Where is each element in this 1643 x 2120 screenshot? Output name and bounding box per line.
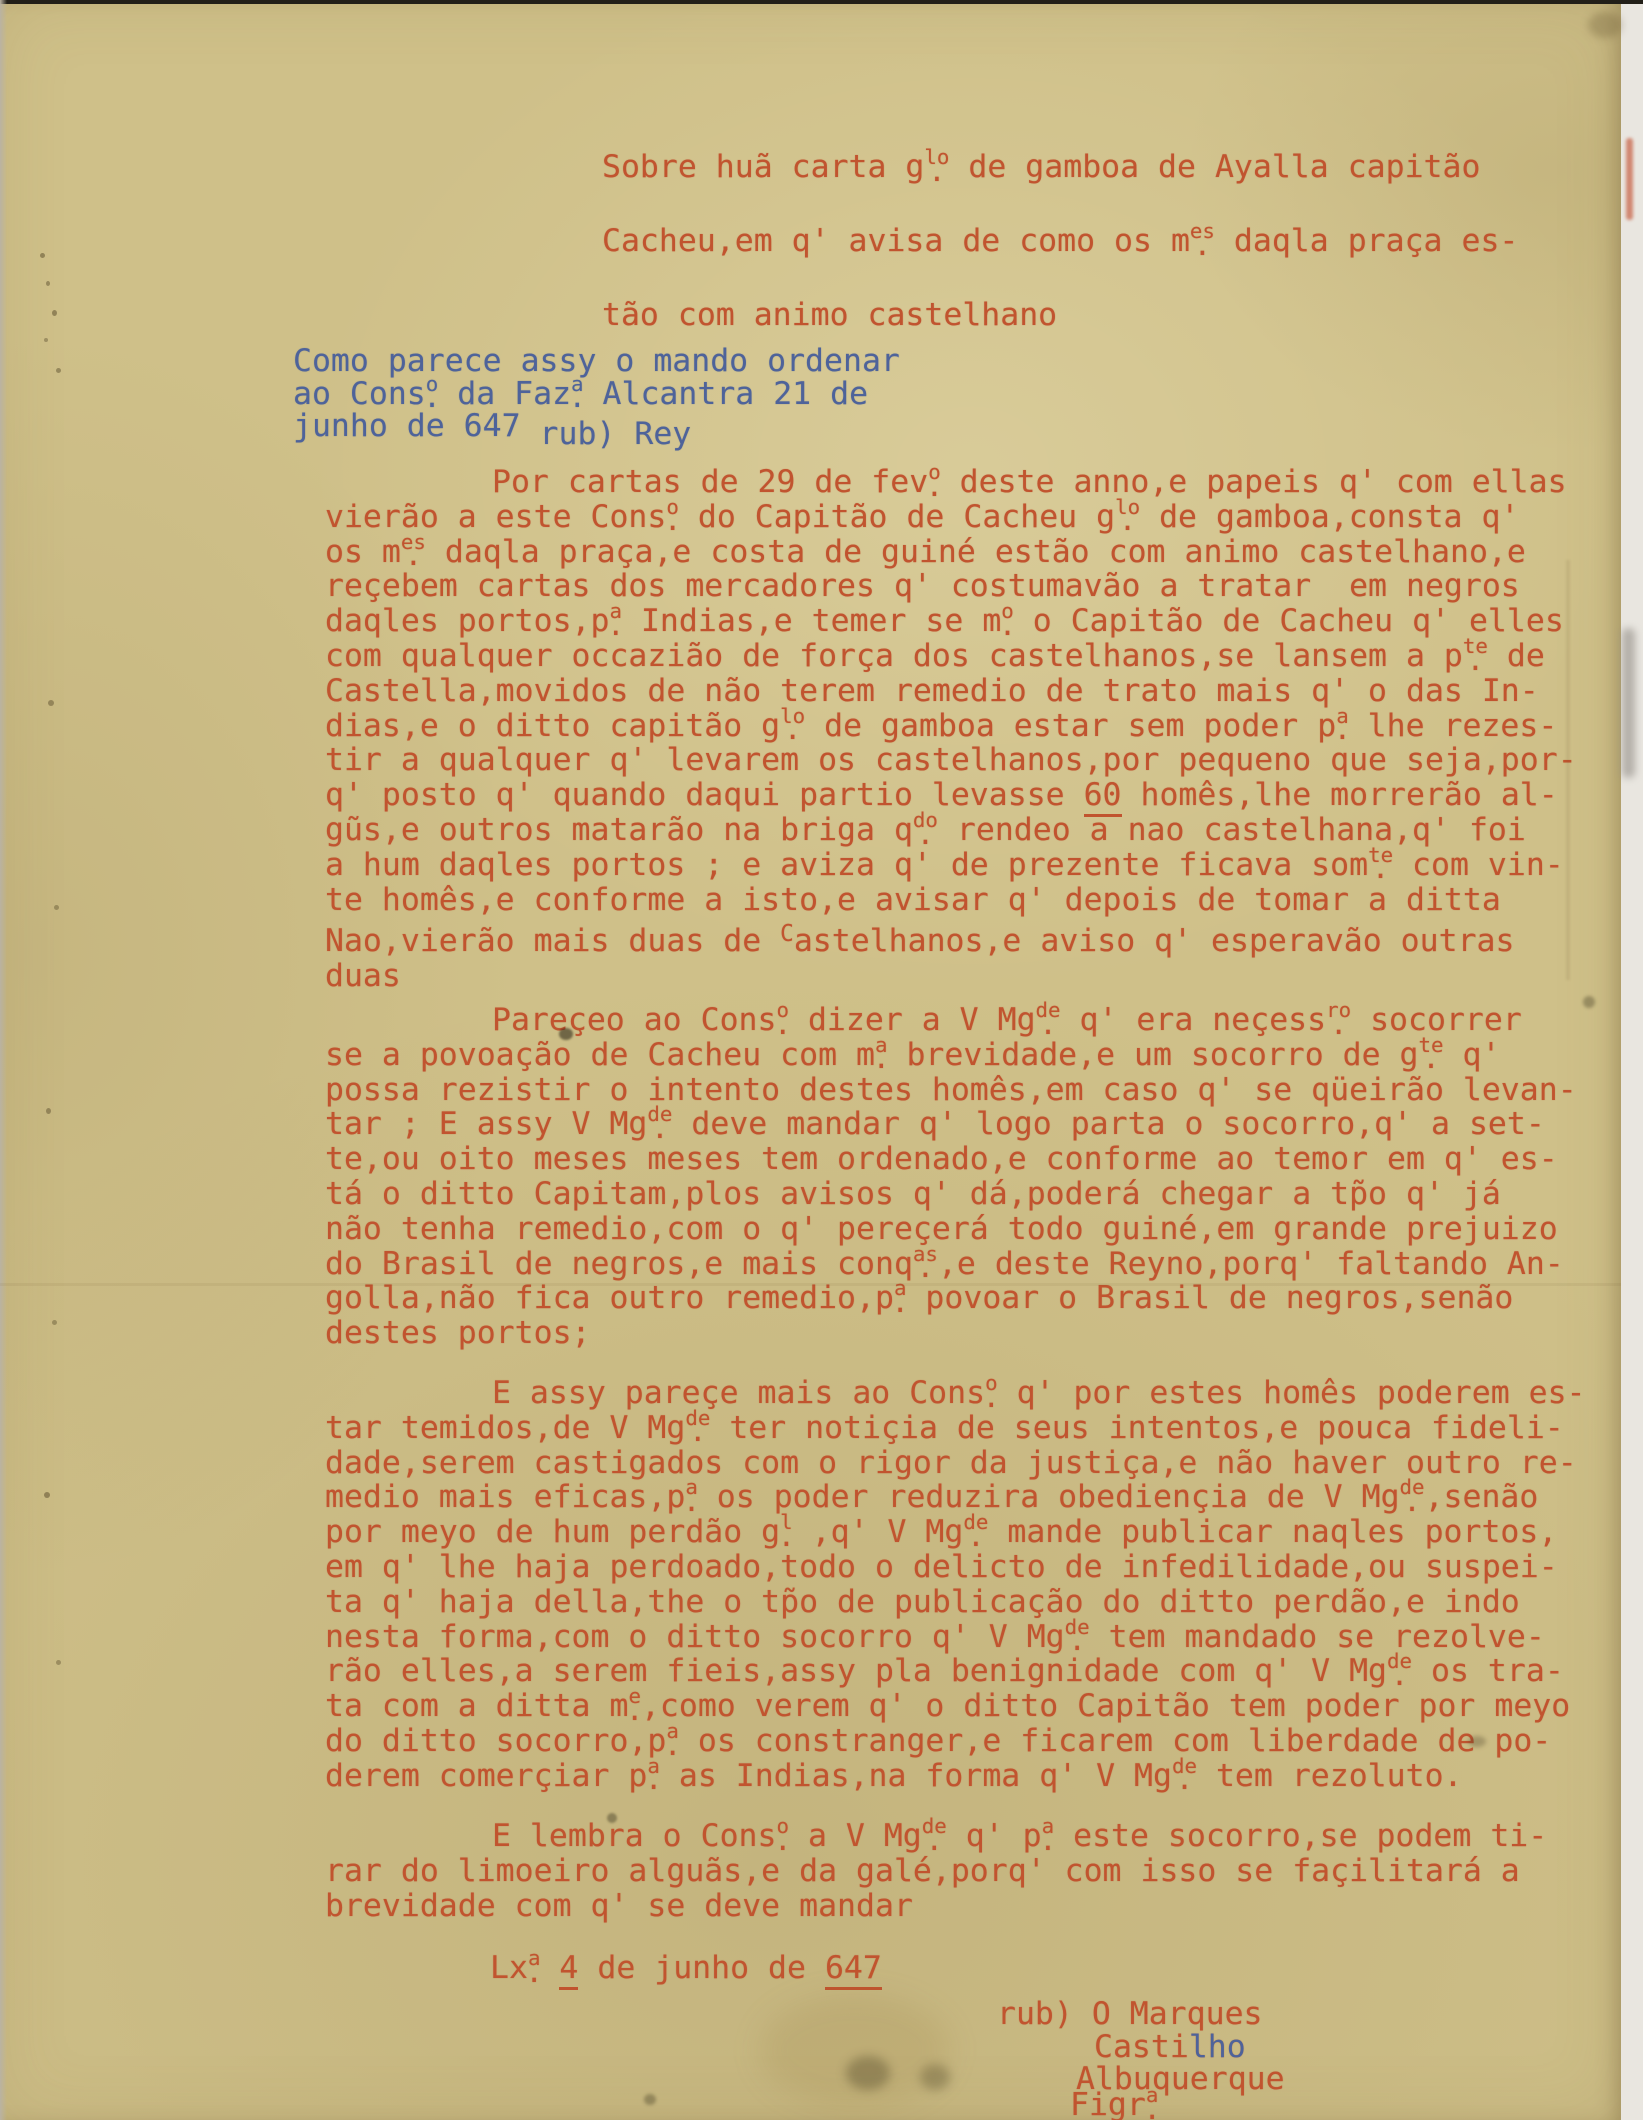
abbreviation-superscript: e. (628, 1699, 641, 1720)
paragraph-4: E lembra o Conso. a V Mgde. q' pa. este … (325, 1819, 1547, 1923)
typewritten-line: daqles portos,pa. Indias,e temer se mo. … (325, 604, 1577, 639)
abbreviation-superscript: te. (1463, 649, 1488, 670)
typewritten-line: te,ou oito meses meses tem ordenado,e co… (325, 1142, 1577, 1177)
abbreviation-superscript: de. (1400, 1490, 1425, 1511)
abbreviation-superscript: o. (928, 475, 941, 496)
signature-castilho: Castilho (1094, 2030, 1246, 2064)
typewritten-line: vierão a este Conso. do Capitão de Cache… (325, 500, 1577, 535)
heading: Sobre huã carta glo. de gamboa de Ayalla… (602, 150, 1518, 372)
typewritten-line: q' posto q' quando daqui partio levasse … (325, 778, 1577, 813)
typewritten-line: os mes. daqla praça,e costa de guiné est… (325, 535, 1577, 570)
scan-strip-smudge (1622, 628, 1635, 778)
abbreviation-superscript: de. (963, 1525, 988, 1546)
typewritten-line: medio mais eficas,pa. os poder reduzira … (325, 1480, 1586, 1515)
royal-annotation: Como parece assy o mando ordenarao Conso… (293, 345, 900, 443)
typewritten-line: Cacheu,em q' avisa de como os mes. daqla… (602, 224, 1518, 258)
scanned-document: Sobre huã carta glo. de gamboa de Ayalla… (0, 0, 1643, 2120)
abbreviation-superscript: de. (685, 1421, 710, 1442)
abbreviation-superscript: lo. (1115, 510, 1140, 531)
abbreviation-superscript: de. (1065, 1630, 1090, 1651)
abbreviation-superscript: a. (1042, 1829, 1055, 1850)
typewritten-line: Figra. (1070, 2088, 1158, 2120)
abbreviation-superscript: de. (1387, 1664, 1412, 1685)
typewritten-line: E lembra o Conso. a V Mgde. q' pa. este … (325, 1819, 1547, 1854)
typewritten-line: duas (325, 959, 1577, 994)
abbreviation-superscript: o. (776, 1013, 789, 1034)
typewritten-line: possa rezistir o intento destes homês,em… (325, 1073, 1577, 1108)
abbreviation-superscript: te. (1368, 858, 1393, 879)
abbreviation-superscript: lo. (780, 719, 805, 740)
typewritten-line: se a povoação de Cacheu com ma. brevidad… (325, 1038, 1577, 1073)
abbreviation-superscript: do. (913, 823, 938, 844)
abbreviation-superscript: de. (647, 1117, 672, 1138)
abbreviation-superscript: de. (1036, 1013, 1061, 1034)
typewritten-line: rar do limoeiro alguãs,e da galé,porq' c… (325, 1854, 1547, 1889)
typewritten-line: tão com animo castelhano (602, 298, 1518, 332)
abbreviation-superscript: a. (875, 1048, 888, 1069)
abbreviation-superscript: es. (1190, 234, 1215, 255)
typewritten-line: rub) O Marques (997, 1997, 1263, 2031)
paragraph-1: Por cartas de 29 de fevo. deste anno,e p… (325, 465, 1577, 994)
scan-edge-left (0, 0, 7, 2120)
typewritten-line: Lxa. 4 de junho de 647 (490, 1951, 882, 1986)
abbreviation-superscript: a. (685, 1490, 698, 1511)
typewritten-line: em q' lhe haja perdoado,todo o delicto d… (325, 1550, 1586, 1585)
abbreviation-superscript: a. (647, 1769, 660, 1790)
abbreviation-superscript: lo. (924, 160, 949, 181)
abbreviation-superscript: de. (922, 1829, 947, 1850)
typewritten-line: te homês,e conforme a isto,e avisar q' d… (325, 883, 1577, 918)
typewritten-line: ao Conso. da Faza. Alcantra 21 de (293, 378, 900, 411)
typewritten-line: destes portos; (325, 1316, 1577, 1351)
abbreviation-superscript: de. (1172, 1769, 1197, 1790)
abbreviation-superscript: a. (894, 1291, 907, 1312)
typewritten-line: Castella,movidos de não terem remedio de… (325, 674, 1577, 709)
typewritten-line: dias,e o ditto capitão glo. de gamboa es… (325, 709, 1577, 744)
abbreviation-superscript: a. (571, 387, 584, 408)
typewritten-line: tar temidos,de V Mgde. ter notiçia de se… (325, 1411, 1586, 1446)
abbreviation-superscript: a. (666, 1734, 679, 1755)
abbreviation-superscript: a. (1336, 719, 1349, 740)
typewritten-line: tir a qualquer q' levarem os castelhanos… (325, 743, 1577, 778)
typewritten-line: por meyo de hum perdão gl. ,q' V Mgde. m… (325, 1515, 1586, 1550)
abbreviation-superscript: o. (426, 387, 439, 408)
paper-crease-horizontal (0, 1283, 1621, 1286)
paragraph-3: E assy pareçe mais ao Conso. q' por este… (325, 1376, 1586, 1794)
abbreviation-superscript: te. (1419, 1048, 1444, 1069)
typewritten-line: do Brasil de negros,e mais conqas.,e des… (325, 1247, 1577, 1282)
abbreviation-superscript: l. (780, 1525, 793, 1546)
abbreviation-superscript: o. (776, 1829, 789, 1850)
signature-rub-marques: rub) O Marques (997, 1997, 1263, 2031)
typewritten-line: brevidade com q' se deve mandar (325, 1889, 1547, 1924)
typewritten-line: Castilho (1094, 2030, 1246, 2064)
scan-strip-red-streak (1626, 138, 1633, 220)
paper-crease-vertical (1566, 560, 1570, 980)
abbreviation-superscript: a. (528, 1961, 541, 1982)
dateline: Lxa. 4 de junho de 647 (490, 1951, 882, 1986)
signature-figra: Figra. (1070, 2088, 1158, 2120)
abbreviation-superscript: as. (913, 1257, 938, 1278)
abbreviation-superscript: es. (401, 545, 426, 566)
typewritten-line: Pareçeo ao Conso. dizer a V Mgde. q' era… (325, 1003, 1577, 1038)
typewritten-line: Nao,vierão mais duas de Castelhanos,e av… (325, 917, 1577, 959)
typewritten-line: golla,não fica outro remedio,pa. povoar … (325, 1281, 1577, 1316)
typewritten-line: derem comerçiar pa. as Indias,na forma q… (325, 1759, 1586, 1794)
typewritten-line: ta com a ditta me.,como verem q' o ditto… (325, 1689, 1586, 1724)
typewritten-line: junho de 647 rub) Rey (293, 410, 900, 443)
typewritten-line: Por cartas de 29 de fevo. deste anno,e p… (325, 465, 1577, 500)
typewritten-line: reçebem cartas dos mercadores q' costuma… (325, 569, 1577, 604)
abbreviation-superscript: a. (1146, 2098, 1159, 2119)
typewritten-line: ta q' haja della,the o tp̃o de publicaçã… (325, 1585, 1586, 1620)
abbreviation-superscript: o. (985, 1386, 998, 1407)
paragraph-2: Pareçeo ao Conso. dizer a V Mgde. q' era… (325, 1003, 1577, 1351)
typewritten-line: dade,serem castigados com o rigor da jus… (325, 1446, 1586, 1481)
typewritten-line: rão elles,a serem fieis,assy pla benigni… (325, 1654, 1586, 1689)
abbreviation-superscript: o. (1001, 614, 1014, 635)
scan-edge-top (0, 0, 1643, 4)
typewritten-line: tá o ditto Capitam,plos avisos q' dá,pod… (325, 1177, 1577, 1212)
typewritten-line: a hum daqles portos ; e aviza q' de prez… (325, 848, 1577, 883)
typewritten-line: Como parece assy o mando ordenar (293, 345, 900, 378)
abbreviation-superscript: o. (666, 510, 679, 531)
typewritten-line: tar ; E assy V Mgde. deve mandar q' logo… (325, 1107, 1577, 1142)
typewritten-line: não tenha remedio,com o q' pereçerá todo… (325, 1212, 1577, 1247)
typewritten-line: E assy pareçe mais ao Conso. q' por este… (325, 1376, 1586, 1411)
abbreviation-superscript: ro. (1326, 1013, 1351, 1034)
typewritten-line: com qualquer occazião de força dos caste… (325, 639, 1577, 674)
typewritten-line: do ditto socorro,pa. os constranger,e fi… (325, 1724, 1586, 1759)
typewritten-line: Sobre huã carta glo. de gamboa de Ayalla… (602, 150, 1518, 184)
abbreviation-superscript: a. (609, 614, 622, 635)
